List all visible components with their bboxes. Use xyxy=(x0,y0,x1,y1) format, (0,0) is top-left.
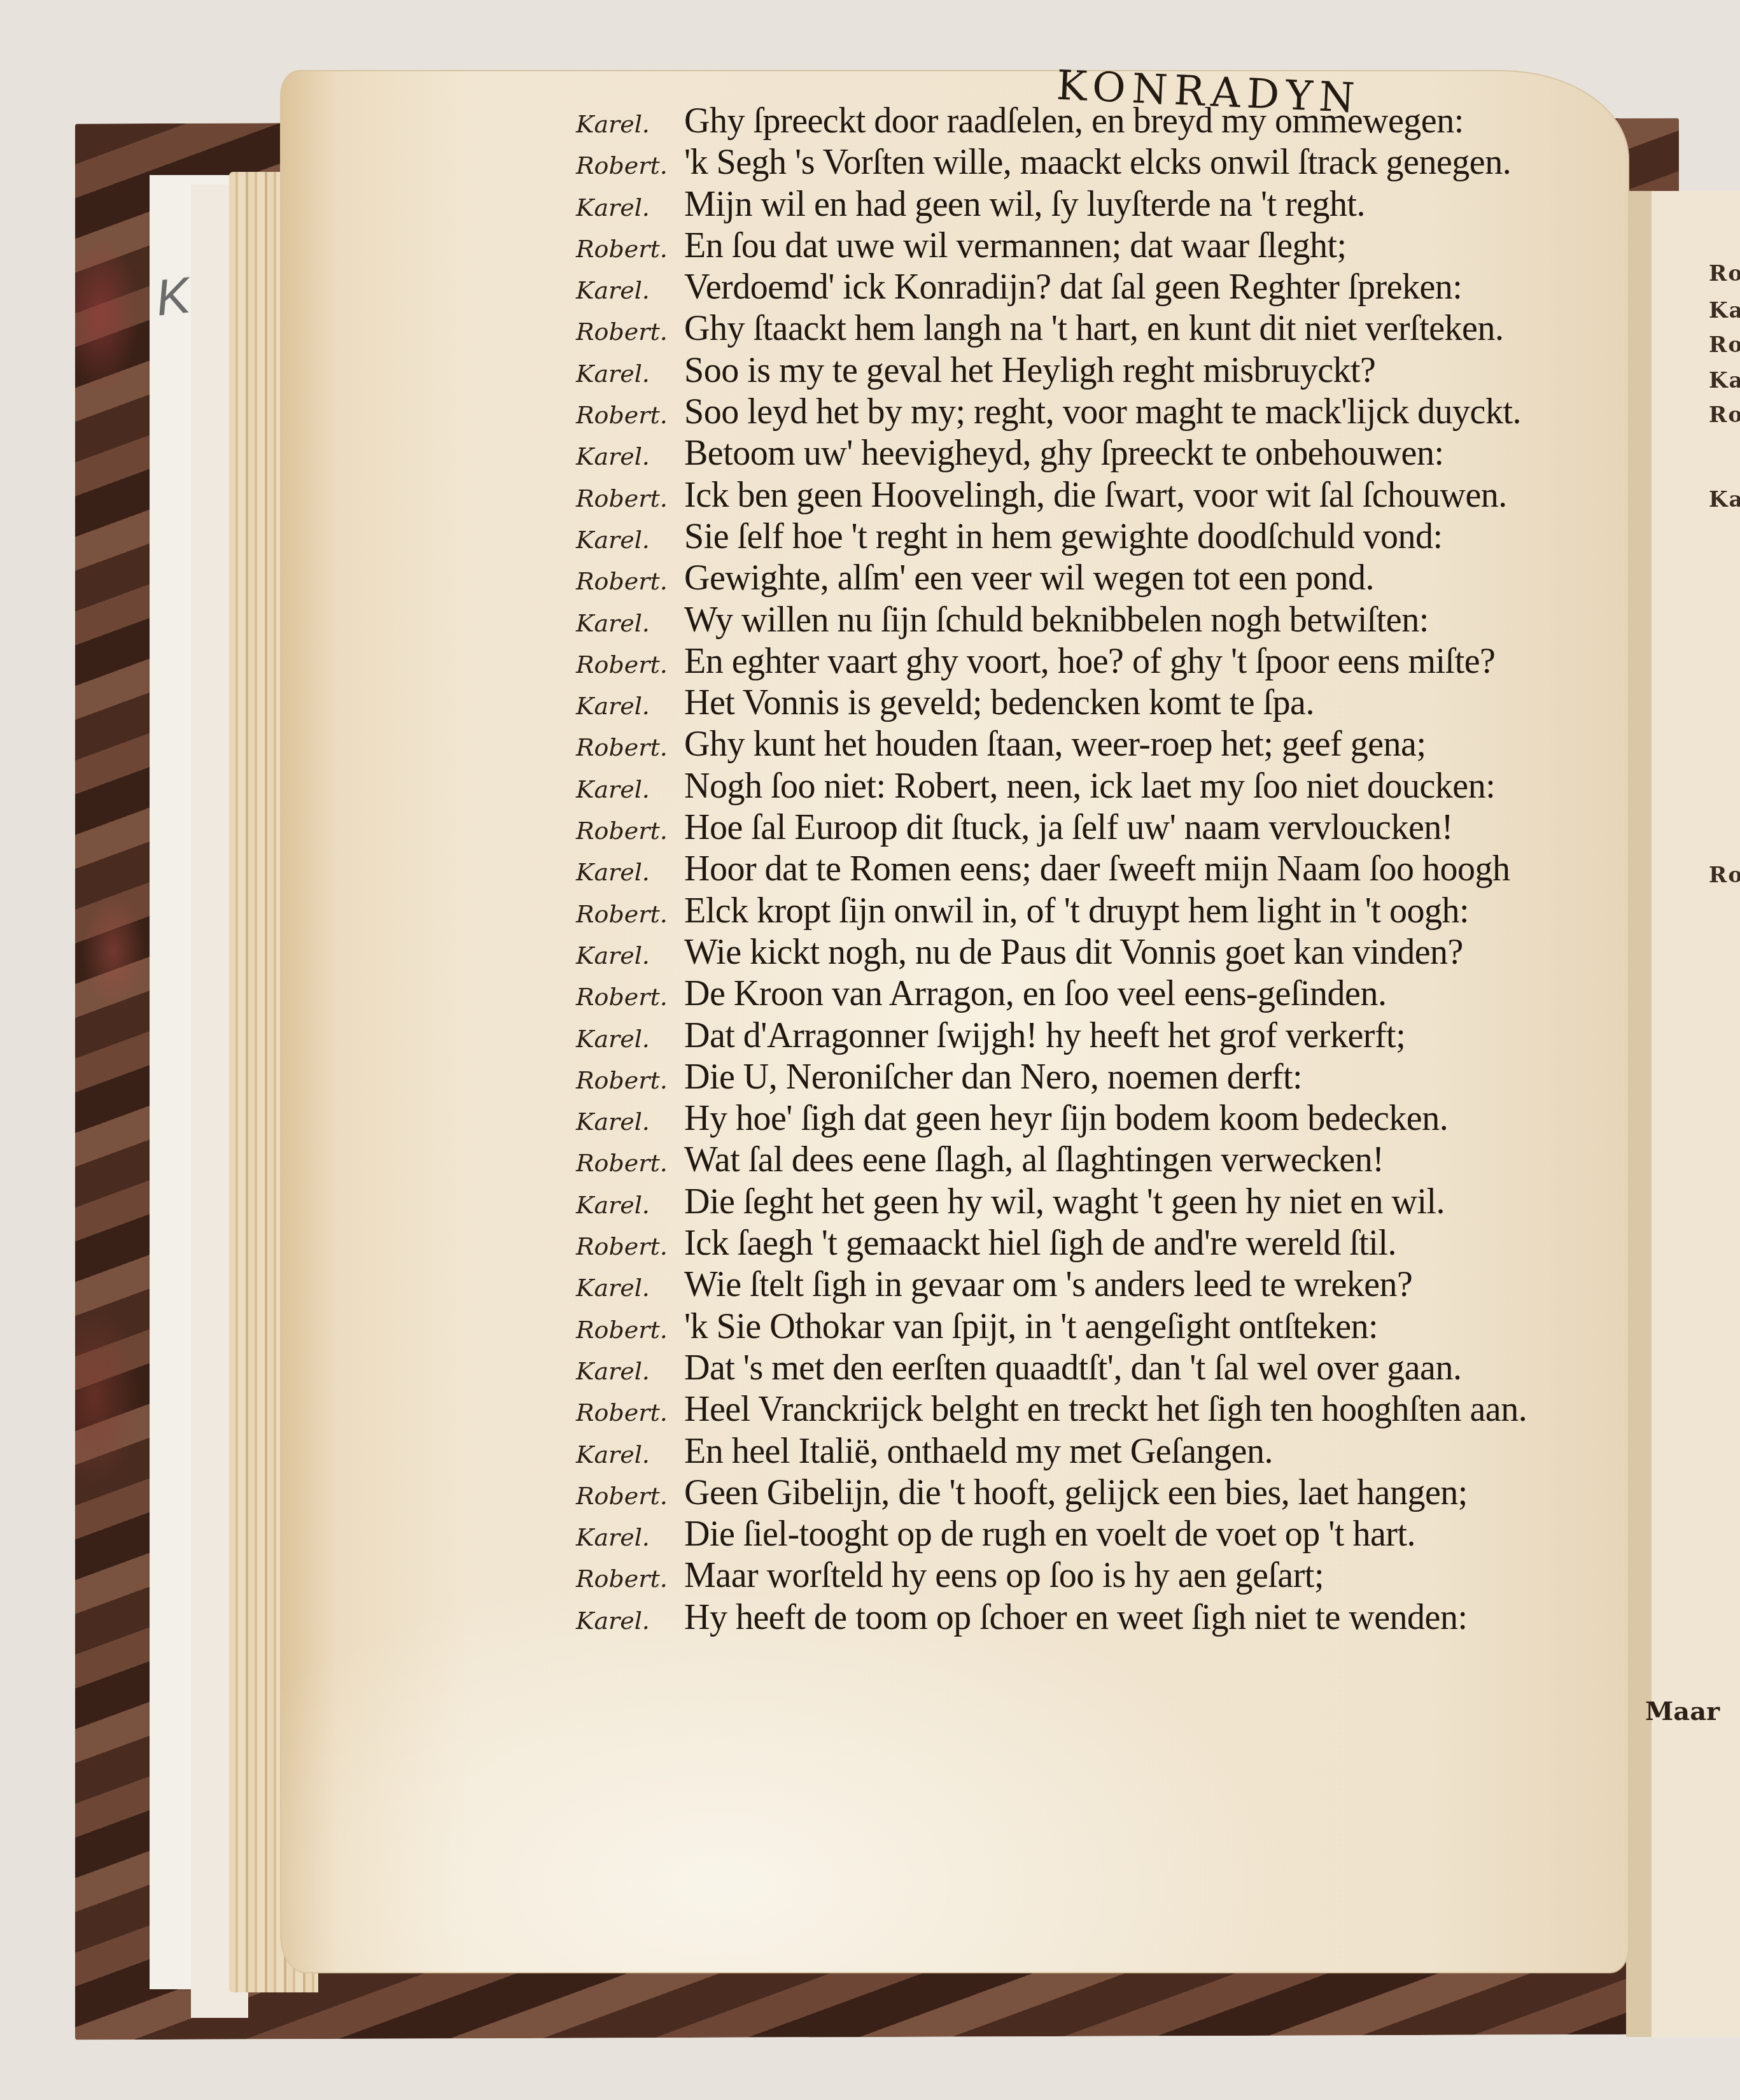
verse-line: Robert.Ick ſaegh 't gemaackt hiel ſigh d… xyxy=(576,1223,1607,1264)
verse-line: Karel.Wy willen nu ſijn ſchuld beknibbel… xyxy=(576,600,1607,641)
verse-text: Die ſiel-tooght op de rugh en voelt de v… xyxy=(684,1514,1415,1554)
speaker-label: Robert. xyxy=(576,1066,684,1094)
verse-text: Wy willen nu ſijn ſchuld beknibbelen nog… xyxy=(684,600,1429,640)
speaker-label: Karel. xyxy=(576,1108,684,1136)
verse-line: Robert.Wat ſal dees eene ſlagh, al ſlagh… xyxy=(576,1139,1607,1181)
verse-text: Mijn wil en had geen wil, ſy luyſterde n… xyxy=(684,184,1365,225)
speaker-label: Karel. xyxy=(576,1191,684,1219)
speaker-label: Karel. xyxy=(576,775,684,803)
verse-line: Robert.Gewighte, alſm' een veer wil wege… xyxy=(576,558,1607,599)
speaker-label: Robert. xyxy=(576,983,684,1011)
verse-text: Gewighte, alſm' een veer wil wegen tot e… xyxy=(684,558,1374,598)
verse-text: 'k Segh 's Vorſten wille, maackt elcks o… xyxy=(684,142,1511,183)
verse-line: Robert.Geen Gibelijn, die 't hooft, geli… xyxy=(576,1472,1607,1514)
verse-line: Robert.Hoe ſal Euroop dit ſtuck, ja ſelf… xyxy=(576,807,1607,849)
speaker-label: Karel. xyxy=(576,1441,684,1469)
speaker-label: Robert. xyxy=(576,484,684,512)
verse-line: Karel.En heel Italië, onthaeld my met Ge… xyxy=(576,1431,1607,1472)
verse-line: Karel.Het Vonnis is geveld; bedencken ko… xyxy=(576,682,1607,724)
verse-text: Ghy ſtaackt hem langh na 't hart, en kun… xyxy=(684,308,1503,349)
verse-text: Heel Vranckrijck belght en treckt het ſi… xyxy=(684,1389,1527,1430)
speaker-label: Robert. xyxy=(576,1399,684,1427)
verse-text: Dat 's met den eerſten quaadtſt', dan 't… xyxy=(684,1348,1461,1388)
speaker-label: Robert. xyxy=(576,1316,684,1344)
speaker-label: Karel. xyxy=(576,941,684,969)
verse-text: Maar worſteld hy eens op ſoo is hy aen g… xyxy=(684,1555,1324,1596)
verse-line: Robert.En eghter vaart ghy voort, hoe? o… xyxy=(576,641,1607,682)
facing-speaker-fragment: Ka xyxy=(1709,487,1740,512)
speaker-label: Karel. xyxy=(576,194,684,222)
speaker-label: Robert. xyxy=(576,1232,684,1260)
verse-line: Karel.Nogh ſoo niet: Robert, neen, ick l… xyxy=(576,766,1607,807)
verse-line: Karel.Die ſiel-tooght op de rugh en voel… xyxy=(576,1514,1607,1555)
speaker-label: Karel. xyxy=(576,1274,684,1302)
verse-line: Karel.Dat 's met den eerſten quaadtſt', … xyxy=(576,1348,1607,1389)
verse-line: Karel.Betoom uw' heevigheyd, ghy ſpreeck… xyxy=(576,433,1607,474)
verse-text: Soo is my te geval het Heyligh reght mis… xyxy=(684,350,1375,391)
facing-speaker-fragment: Ka xyxy=(1709,368,1740,393)
speaker-label: Robert. xyxy=(576,235,684,263)
verse-line: Karel.Wie ſtelt ſigh in gevaar om 's and… xyxy=(576,1264,1607,1306)
verse-text: Ick ben geen Hoovelingh, die ſwart, voor… xyxy=(684,475,1507,516)
speaker-label: Robert. xyxy=(576,817,684,845)
verse-text: 'k Sie Othokar van ſpijt, in 't aengeſig… xyxy=(684,1306,1378,1347)
speaker-label: Karel. xyxy=(576,692,684,720)
verse-line: Robert.Ghy ſtaackt hem langh na 't hart,… xyxy=(576,308,1607,349)
verse-line: Robert.Elck kropt ſijn onwil in, of 't d… xyxy=(576,891,1607,932)
verse-text: Wat ſal dees eene ſlagh, al ſlaghtingen … xyxy=(684,1139,1384,1180)
verse-dialogue: Karel.Ghy ſpreeckt door raadſelen, en br… xyxy=(576,101,1607,1638)
verse-line: Robert.De Kroon van Arragon, en ſoo veel… xyxy=(576,973,1607,1015)
verse-line: Karel.Hy hoe' ſigh dat geen heyr ſijn bo… xyxy=(576,1098,1607,1139)
verse-line: Karel.Hoor dat te Romen eens; daer ſweef… xyxy=(576,849,1607,890)
speaker-label: Karel. xyxy=(576,609,684,637)
facing-speaker-fragment: Ro xyxy=(1709,402,1740,428)
verse-text: Sie ſelf hoe 't reght in hem gewighte do… xyxy=(684,516,1443,557)
verse-line: Karel.Wie kickt nogh, nu de Paus dit Von… xyxy=(576,932,1607,973)
verse-line: Karel.Hy heeft de toom op ſchoer en weet… xyxy=(576,1597,1607,1638)
verse-line: Karel.Verdoemd' ick Konradijn? dat ſal g… xyxy=(576,267,1607,308)
speaker-label: Karel. xyxy=(576,276,684,304)
verse-line: Robert.En ſou dat uwe wil vermannen; dat… xyxy=(576,225,1607,267)
speaker-label: Robert. xyxy=(576,152,684,180)
verse-line: Robert.Soo leyd het by my; reght, voor m… xyxy=(576,391,1607,433)
facing-speaker-fragment: Ro xyxy=(1709,863,1740,888)
verse-text: Hoe ſal Euroop dit ſtuck, ja ſelf uw' na… xyxy=(684,807,1453,848)
speaker-label: Robert. xyxy=(576,1149,684,1177)
verse-line: Karel.Dat d'Arragonner ſwijgh! hy heeft … xyxy=(576,1015,1607,1057)
verse-text: Die U, Neroniſcher dan Nero, noemen derf… xyxy=(684,1057,1302,1097)
speaker-label: Robert. xyxy=(576,1565,684,1593)
verse-line: Robert.Heel Vranckrijck belght en treckt… xyxy=(576,1389,1607,1430)
verse-text: Die ſeght het geen hy wil, waght 't geen… xyxy=(684,1181,1445,1222)
speaker-label: Robert. xyxy=(576,900,684,928)
verse-text: Hy hoe' ſigh dat geen heyr ſijn bodem ko… xyxy=(684,1098,1448,1139)
verse-text: Hy heeft de toom op ſchoer en weet ſigh … xyxy=(684,1597,1468,1638)
verse-text: Ick ſaegh 't gemaackt hiel ſigh de and'r… xyxy=(684,1223,1396,1264)
speaker-label: Robert. xyxy=(576,567,684,595)
speaker-label: Robert. xyxy=(576,651,684,679)
verse-line: Robert.'k Sie Othokar van ſpijt, in 't a… xyxy=(576,1306,1607,1348)
speaker-label: Robert. xyxy=(576,1482,684,1510)
speaker-label: Karel. xyxy=(576,1025,684,1053)
facing-page-fragment xyxy=(1626,191,1740,2037)
verse-text: Verdoemd' ick Konradijn? dat ſal geen Re… xyxy=(684,267,1462,307)
verse-text: En ſou dat uwe wil vermannen; dat waar ſ… xyxy=(684,225,1347,266)
speaker-label: Robert. xyxy=(576,733,684,761)
verse-text: Nogh ſoo niet: Robert, neen, ick laet my… xyxy=(684,766,1495,807)
facing-speaker-fragment: Ro xyxy=(1709,332,1740,358)
speaker-label: Karel. xyxy=(576,1523,684,1551)
speaker-label: Karel. xyxy=(576,526,684,554)
verse-line: Karel.Mijn wil en had geen wil, ſy luyſt… xyxy=(576,184,1607,225)
verse-text: De Kroon van Arragon, en ſoo veel eens-g… xyxy=(684,973,1386,1014)
verse-line: Robert.Ick ben geen Hoovelingh, die ſwar… xyxy=(576,475,1607,516)
verse-line: Karel.Sie ſelf hoe 't reght in hem gewig… xyxy=(576,516,1607,558)
facing-speaker-fragment: Ka xyxy=(1709,298,1740,323)
verse-text: Wie ſtelt ſigh in gevaar om 's anders le… xyxy=(684,1264,1412,1305)
verse-text: En eghter vaart ghy voort, hoe? of ghy '… xyxy=(684,641,1495,682)
speaker-label: Karel. xyxy=(576,360,684,388)
verse-text: Ghy ſpreeckt door raadſelen, en breyd my… xyxy=(684,101,1464,141)
speaker-label: Karel. xyxy=(576,858,684,886)
speaker-label: Karel. xyxy=(576,1607,684,1635)
verse-line: Robert.Ghy kunt het houden ſtaan, weer-r… xyxy=(576,724,1607,765)
verse-text: Betoom uw' heevigheyd, ghy ſpreeckt te o… xyxy=(684,433,1443,474)
verse-line: Robert.'k Segh 's Vorſten wille, maackt … xyxy=(576,142,1607,183)
speaker-label: Karel. xyxy=(576,110,684,138)
verse-text: Hoor dat te Romen eens; daer ſweeft mijn… xyxy=(684,849,1510,889)
verse-line: Karel.Ghy ſpreeckt door raadſelen, en br… xyxy=(576,101,1607,142)
verse-text: Dat d'Arragonner ſwijgh! hy heeft het gr… xyxy=(684,1015,1405,1056)
pencil-annotation: K xyxy=(153,265,193,327)
speaker-label: Robert. xyxy=(576,318,684,346)
verse-line: Robert.Maar worſteld hy eens op ſoo is h… xyxy=(576,1555,1607,1596)
verse-text: En heel Italië, onthaeld my met Geſangen… xyxy=(684,1431,1273,1472)
verse-line: Robert.Die U, Neroniſcher dan Nero, noem… xyxy=(576,1057,1607,1098)
speaker-label: Robert. xyxy=(576,401,684,429)
facing-speaker-fragment: Ro xyxy=(1709,261,1740,286)
verse-text: Ghy kunt het houden ſtaan, weer-roep het… xyxy=(684,724,1426,765)
verse-text: Wie kickt nogh, nu de Paus dit Vonnis go… xyxy=(684,932,1463,973)
verse-text: Elck kropt ſijn onwil in, of 't druypt h… xyxy=(684,891,1469,931)
speaker-label: Karel. xyxy=(576,1357,684,1385)
facing-catchword: Maar xyxy=(1645,1696,1720,1726)
verse-text: Soo leyd het by my; reght, voor maght te… xyxy=(684,391,1521,432)
verse-line: Karel.Die ſeght het geen hy wil, waght '… xyxy=(576,1181,1607,1223)
verse-text: Het Vonnis is geveld; bedencken komt te … xyxy=(684,682,1314,723)
speaker-label: Karel. xyxy=(576,442,684,470)
verse-text: Geen Gibelijn, die 't hooft, gelijck een… xyxy=(684,1472,1468,1513)
verse-line: Karel.Soo is my te geval het Heyligh reg… xyxy=(576,350,1607,391)
